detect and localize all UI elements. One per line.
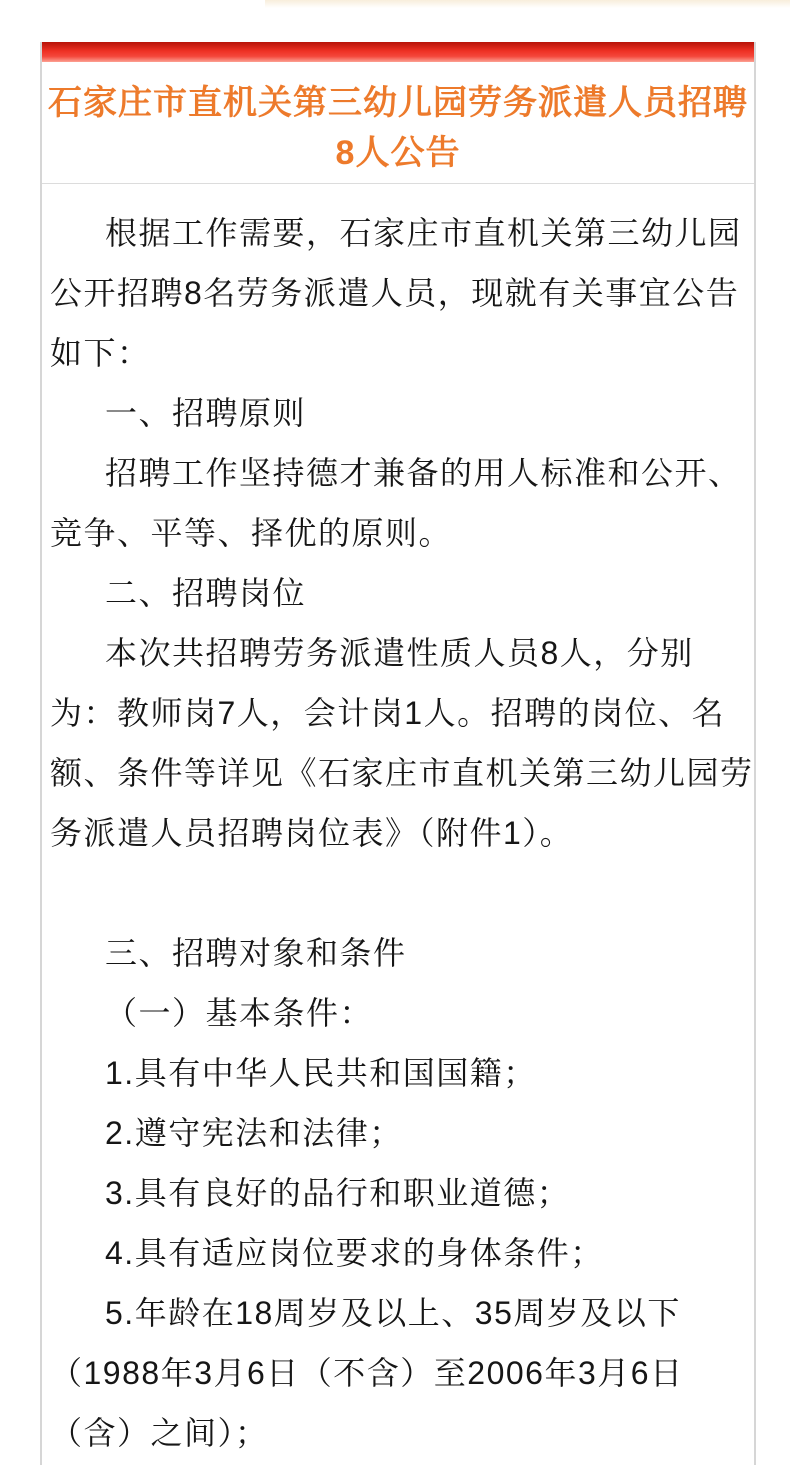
body-text-line: （1988年3月6日（不含）至2006年3月6日 bbox=[50, 1343, 746, 1403]
title-block: 石家庄市直机关第三幼儿园劳务派遣人员招聘 8人公告 bbox=[42, 62, 754, 184]
body-text-line: 为：教师岗7人，会计岗1人。招聘的岗位、名 bbox=[50, 683, 746, 743]
body-text-line: 额、条件等详见《石家庄市直机关第三幼儿园劳 bbox=[50, 743, 746, 803]
body-text-line: 4.具有适应岗位要求的身体条件； bbox=[50, 1223, 746, 1283]
body-text-line: 竞争、平等、择优的原则。 bbox=[50, 503, 746, 563]
page-title-line-2: 8人公告 bbox=[48, 128, 748, 178]
body-text-line: 根据工作需要，石家庄市直机关第三幼儿园 bbox=[50, 203, 746, 263]
body-text-line: 3.具有良好的品行和职业道德； bbox=[50, 1163, 746, 1223]
body-text-line: 5.年龄在18周岁及以上、35周岁及以下 bbox=[50, 1283, 746, 1343]
header-accent-bar bbox=[42, 42, 754, 62]
body-text-line: 如下： bbox=[50, 323, 746, 383]
body-text-line: 二、招聘岗位 bbox=[50, 563, 746, 623]
body-text-line: 2.遵守宪法和法律； bbox=[50, 1103, 746, 1163]
page-title-line-1: 石家庄市直机关第三幼儿园劳务派遣人员招聘 bbox=[48, 78, 748, 128]
blank-line bbox=[50, 863, 746, 923]
article-body: 根据工作需要，石家庄市直机关第三幼儿园公开招聘8名劳务派遣人员，现就有关事宜公告… bbox=[42, 184, 754, 1463]
announcement-card: 石家庄市直机关第三幼儿园劳务派遣人员招聘 8人公告 根据工作需要，石家庄市直机关… bbox=[40, 42, 756, 1465]
body-text-line: 务派遣人员招聘岗位表》（附件1）。 bbox=[50, 803, 746, 863]
body-text-line: （含）之间）； bbox=[50, 1403, 746, 1463]
body-text-line: 公开招聘8名劳务派遣人员，现就有关事宜公告 bbox=[50, 263, 746, 323]
body-text-line: 1.具有中华人民共和国国籍； bbox=[50, 1043, 746, 1103]
top-fade-artifact bbox=[265, 0, 790, 9]
page: 石家庄市直机关第三幼儿园劳务派遣人员招聘 8人公告 根据工作需要，石家庄市直机关… bbox=[0, 0, 800, 1465]
body-text-line: 本次共招聘劳务派遣性质人员8人，分别 bbox=[50, 623, 746, 683]
body-text-line: （一）基本条件： bbox=[50, 983, 746, 1043]
body-text-line: 招聘工作坚持德才兼备的用人标准和公开、 bbox=[50, 443, 746, 503]
body-text-line: 一、招聘原则 bbox=[50, 383, 746, 443]
body-text-line: 三、招聘对象和条件 bbox=[50, 923, 746, 983]
